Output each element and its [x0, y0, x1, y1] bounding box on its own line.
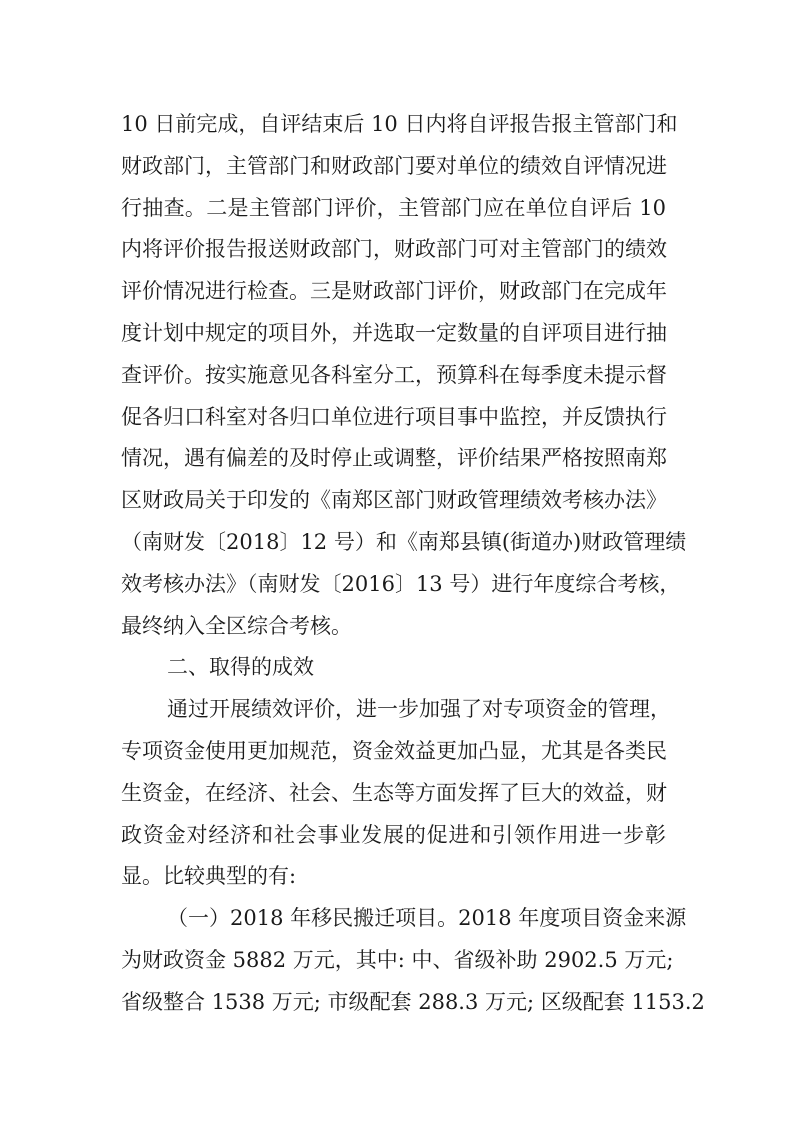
body-line: 区财政局关于印发的《南郑区部门财政管理绩效考核办法》 [121, 480, 666, 522]
body-line: 查评价。按实施意见各科室分工，预算科在每季度未提示督 [121, 355, 666, 397]
body-line: 为财政资金 5882 万元，其中: 中、省级补助 2902.5 万元; [121, 940, 666, 982]
body-line: 通过开展绩效评价，进一步加强了对专项资金的管理， [121, 689, 666, 731]
body-line: 专项资金使用更加规范，资金效益更加凸显，尤其是各类民 [121, 731, 666, 773]
body-line: 内将评价报告报送财政部门，财政部门可对主管部门的绩效 [121, 229, 666, 271]
body-line: 财政部门，主管部门和财政部门要对单位的绩效自评情况进 [121, 146, 666, 188]
document-body: 10 日前完成，自评结束后 10 日内将自评报告报主管部门和 财政部门，主管部门… [121, 104, 666, 1024]
document-page: 10 日前完成，自评结束后 10 日内将自评报告报主管部门和 财政部门，主管部门… [0, 0, 793, 1122]
body-line: 10 日前完成，自评结束后 10 日内将自评报告报主管部门和 [121, 104, 666, 146]
body-line: （南财发〔2018〕12 号）和《南郑县镇(街道办)财政管理绩 [121, 522, 666, 564]
body-line: 政资金对经济和社会事业发展的促进和引领作用进一步彰 [121, 815, 666, 857]
body-line: 显。比较典型的有: [121, 856, 666, 898]
body-line: 评价情况进行检查。三是财政部门评价，财政部门在完成年 [121, 271, 666, 313]
body-line: 行抽查。二是主管部门评价，主管部门应在单位自评后 10 [121, 188, 666, 230]
body-line: 省级整合 1538 万元; 市级配套 288.3 万元; 区级配套 1153.2 [121, 982, 666, 1024]
subsection-heading: （一）2018 年移民搬迁项目。2018 年度项目资金来源 [121, 898, 666, 940]
body-line: 情况，遇有偏差的及时停止或调整，评价结果严格按照南郑 [121, 438, 666, 480]
body-line: 度计划中规定的项目外，并选取一定数量的自评项目进行抽 [121, 313, 666, 355]
body-line: 生资金，在经济、社会、生态等方面发挥了巨大的效益，财 [121, 773, 666, 815]
body-line: 最终纳入全区综合考核。 [121, 606, 666, 648]
section-heading: 二、取得的成效 [121, 647, 666, 689]
body-line: 促各归口科室对各归口单位进行项目事中监控，并反馈执行 [121, 397, 666, 439]
body-line: 效考核办法》（南财发〔2016〕13 号）进行年度综合考核， [121, 564, 666, 606]
